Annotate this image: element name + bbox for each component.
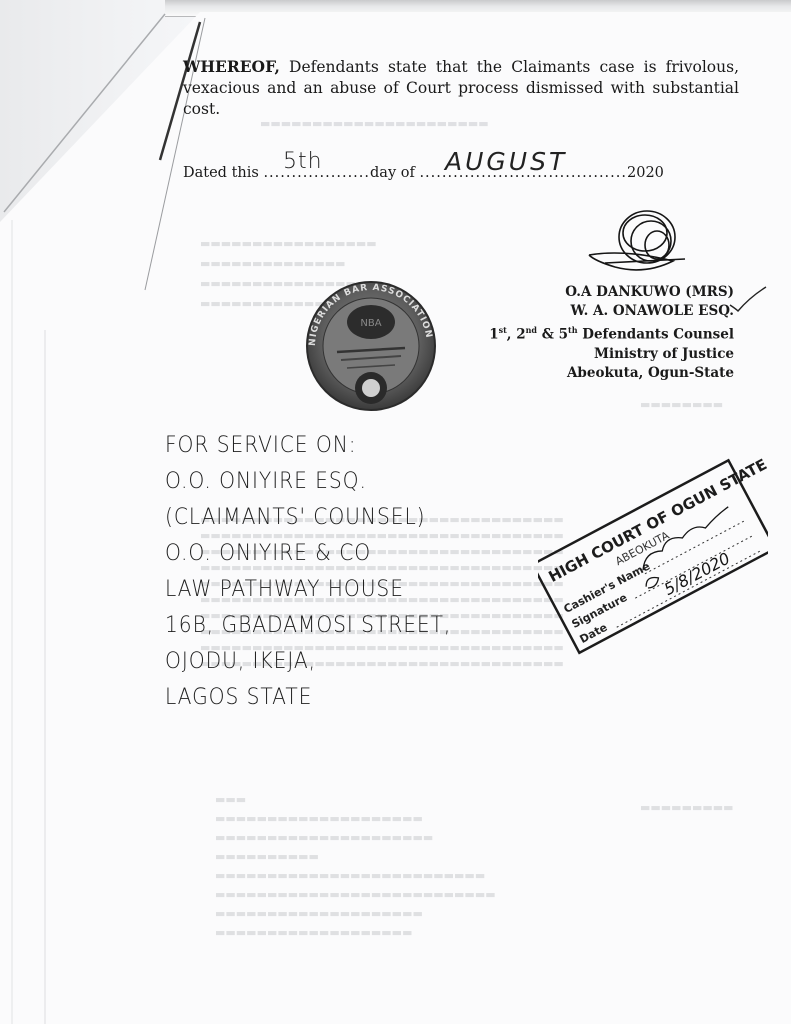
- service-line: (CLAIMANTS' COUNSEL): [165, 500, 451, 536]
- counsel-location: Abeokuta, Ogun-State: [489, 364, 734, 383]
- high-court-stamp: HIGH COURT OF OGUN STATE ABEOKUTA Cashie…: [538, 452, 768, 662]
- counsel-role: 1st, 2nd & 5th Defendants Counsel: [489, 321, 734, 345]
- closing-paragraph: WHEREOF, Defendants state that the Claim…: [183, 56, 739, 120]
- handwritten-day: 5th: [283, 149, 323, 174]
- service-line: 16B, GBADAMOSI STREET,: [165, 608, 451, 644]
- counsel-ministry: Ministry of Justice: [489, 345, 734, 364]
- defendants-counsel-block: O.A DANKUWO (MRS) W. A. ONAWOLE ESQ. 1st…: [489, 283, 734, 383]
- counsel-name-2: W. A. ONAWOLE ESQ.: [489, 302, 734, 321]
- svg-text:NBA: NBA: [360, 318, 381, 329]
- service-line: OJODU, IKEJA,: [165, 644, 451, 680]
- service-address-block: FOR SERVICE ON: O.O. ONIYIRE ESQ. (CLAIM…: [165, 428, 451, 716]
- dated-prefix: Dated this: [183, 165, 259, 181]
- signature-scribble: [585, 205, 695, 285]
- paragraph-lead: WHEREOF,: [183, 57, 280, 76]
- dated-line: Dated this ...................day of ...…: [183, 165, 663, 181]
- bar-association-seal: NIGERIAN BAR ASSOCIATION NBA: [293, 280, 449, 412]
- check-mark-icon: [728, 283, 768, 313]
- service-line: LAGOS STATE: [165, 680, 451, 716]
- service-line: O.O. ONIYIRE ESQ.: [165, 464, 451, 500]
- counsel-name-1: O.A DANKUWO (MRS): [489, 283, 734, 302]
- dated-year: 2020: [627, 165, 664, 181]
- service-line: O.O. ONIYIRE & CO: [165, 536, 451, 572]
- dated-middle: day of: [370, 165, 415, 181]
- service-heading: FOR SERVICE ON:: [165, 428, 451, 464]
- handwritten-month: AUGUST: [445, 147, 567, 176]
- service-line: LAW PATHWAY HOUSE: [165, 572, 451, 608]
- svg-text:HIGH COURT OF OGUN STATE: HIGH COURT OF OGUN STATE: [546, 455, 768, 586]
